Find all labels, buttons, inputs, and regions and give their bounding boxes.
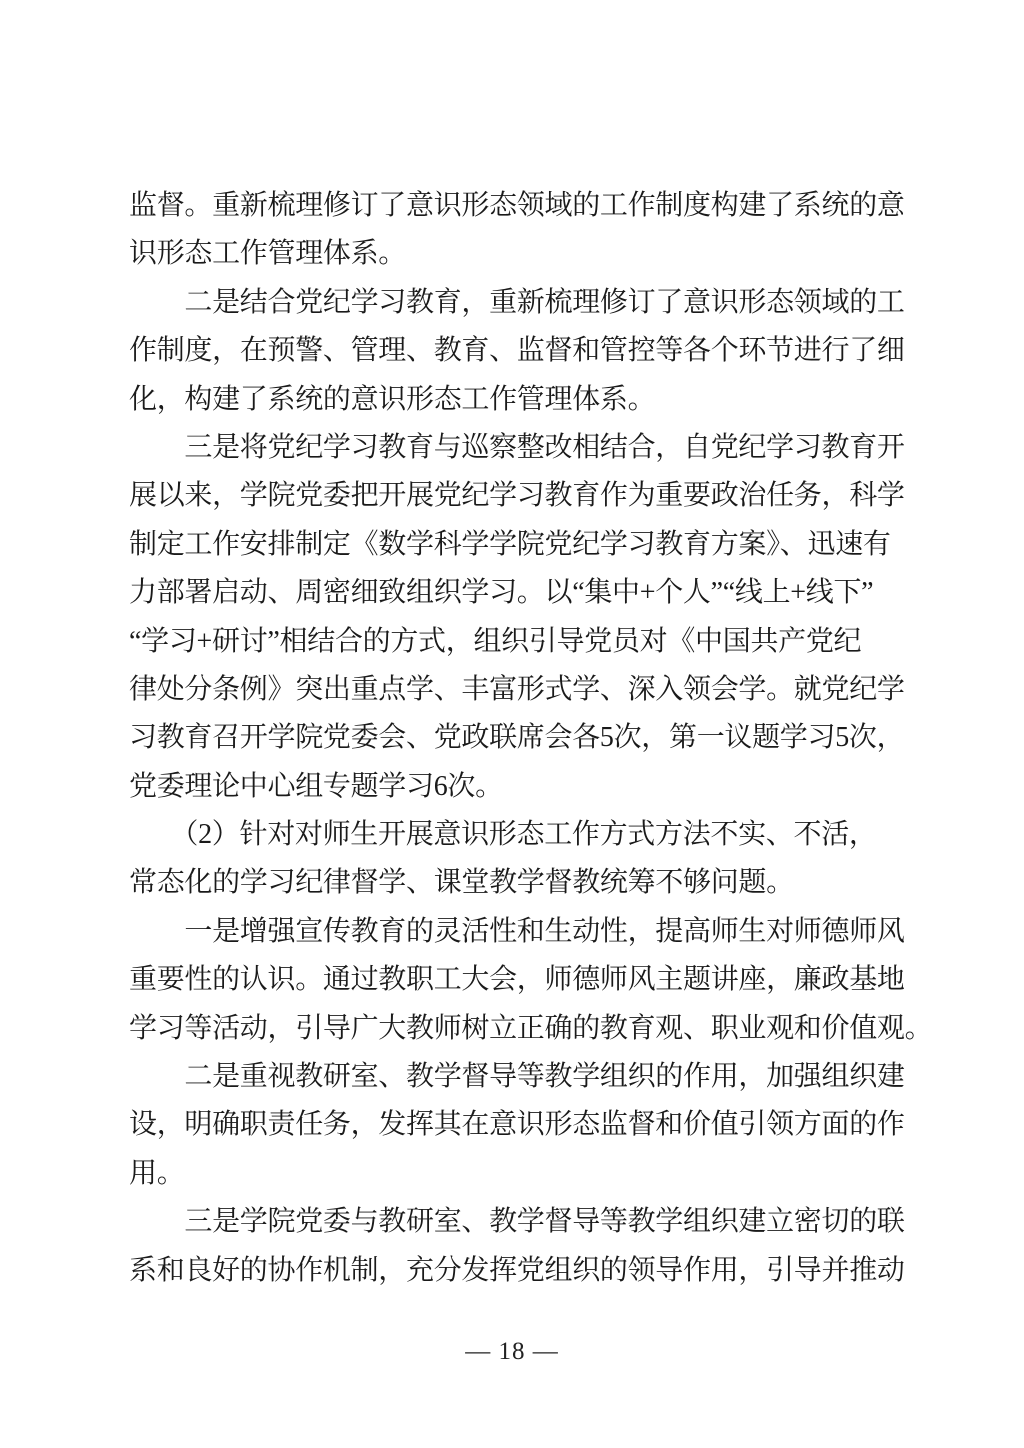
text-line: 一是增强宣传教育的灵活性和生动性，提高师生对师德师风 — [129, 908, 907, 956]
text-line: 作制度，在预警、管理、教育、监督和管控等各个环节进行了细 — [129, 327, 907, 375]
text-line: 系和良好的协作机制，充分发挥党组织的领导作用，引导并推动 — [129, 1247, 907, 1295]
text-line: 识形态工作管理体系。 — [129, 230, 907, 278]
text-line: 二是结合党纪学习教育，重新梳理修订了意识形态领域的工 — [129, 279, 907, 327]
text-line: 三是将党纪学习教育与巡察整改相结合，自党纪学习教育开 — [129, 424, 907, 472]
text-line: 化，构建了系统的意识形态工作管理体系。 — [129, 376, 907, 424]
text-line: 展以来，学院党委把开展党纪学习教育作为重要政治任务，科学 — [129, 472, 907, 520]
text-line: 监督。重新梳理修订了意识形态领域的工作制度构建了系统的意 — [129, 182, 907, 230]
text-line: 律处分条例》突出重点学、丰富形式学、深入领会学。就党纪学 — [129, 666, 907, 714]
document-page: 监督。重新梳理修订了意识形态领域的工作制度构建了系统的意 识形态工作管理体系。 … — [0, 0, 1024, 1448]
text-line: 三是学院党委与教研室、教学督导等教学组织建立密切的联 — [129, 1198, 907, 1246]
page-number: — 18 — — [0, 1338, 1024, 1366]
text-line: 用。 — [129, 1150, 907, 1198]
text-line: 常态化的学习纪律督学、课堂教学督教统筹不够问题。 — [129, 859, 907, 907]
text-line: （2）针对对师生开展意识形态工作方式方法不实、不活， — [129, 811, 907, 859]
text-line: 力部署启动、周密细致组织学习。以“集中+个人”“线上+线下” — [129, 569, 907, 617]
text-line: 学习等活动，引导广大教师树立正确的教育观、职业观和价值观。 — [129, 1005, 907, 1053]
text-line: 党委理论中心组专题学习6次。 — [129, 763, 907, 811]
text-line: 习教育召开学院党委会、党政联席会各5次，第一议题学习5次， — [129, 714, 907, 762]
text-line: 重要性的认识。通过教职工大会，师德师风主题讲座，廉政基地 — [129, 956, 907, 1004]
document-body-text: 监督。重新梳理修订了意识形态领域的工作制度构建了系统的意 识形态工作管理体系。 … — [129, 182, 907, 1295]
text-line: 二是重视教研室、教学督导等教学组织的作用，加强组织建 — [129, 1053, 907, 1101]
text-line: 制定工作安排制定《数学科学学院党纪学习教育方案》、迅速有 — [129, 521, 907, 569]
text-line: 设，明确职责任务，发挥其在意识形态监督和价值引领方面的作 — [129, 1101, 907, 1149]
text-line: “学习+研讨”相结合的方式，组织引导党员对《中国共产党纪 — [129, 618, 907, 666]
